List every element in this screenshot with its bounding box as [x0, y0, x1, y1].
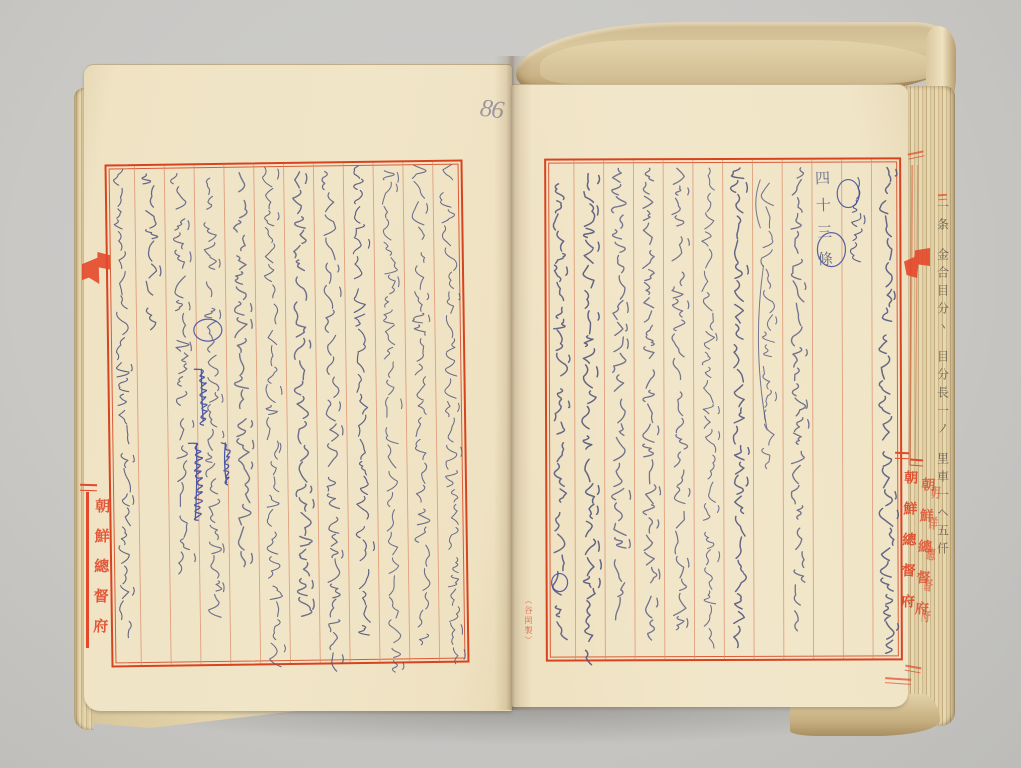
- edge-writing-fragment: 金合目分ヽ: [935, 248, 952, 338]
- edge-writing-fragment: 一条: [935, 200, 952, 236]
- left-page-ruled-frame: [105, 160, 470, 668]
- edge-writing-fragment: 目分長一ノ: [935, 350, 952, 440]
- page-stack-top-edge-layer: [540, 40, 940, 84]
- manuscript-photo: 86 四十三條 （谷岡製） 朝鮮總督府 朝鮮總督府 朝鮮總督府 朝鮮總督府 一条…: [0, 0, 1021, 768]
- maker-mark: （谷岡製）: [523, 596, 534, 662]
- edge-writing-fragment: 里車一ヘ五仟: [935, 452, 952, 560]
- left-stamp-cap: [80, 484, 97, 492]
- left-page-handwriting: [105, 160, 470, 668]
- left-stamp-rule: [86, 492, 89, 648]
- left-margin-stamp: 朝鮮總督府: [89, 498, 113, 658]
- right-page-handwriting: [544, 157, 903, 661]
- heading-article-43: 四十三條: [811, 170, 837, 301]
- page-number: 86: [478, 95, 504, 126]
- right-page-ruled-frame: [544, 157, 903, 661]
- fore-edge-writing: 一条 金合目分ヽ 目分長一ノ 里車一ヘ五仟: [933, 200, 953, 560]
- edge-stamp-cap: [895, 452, 909, 459]
